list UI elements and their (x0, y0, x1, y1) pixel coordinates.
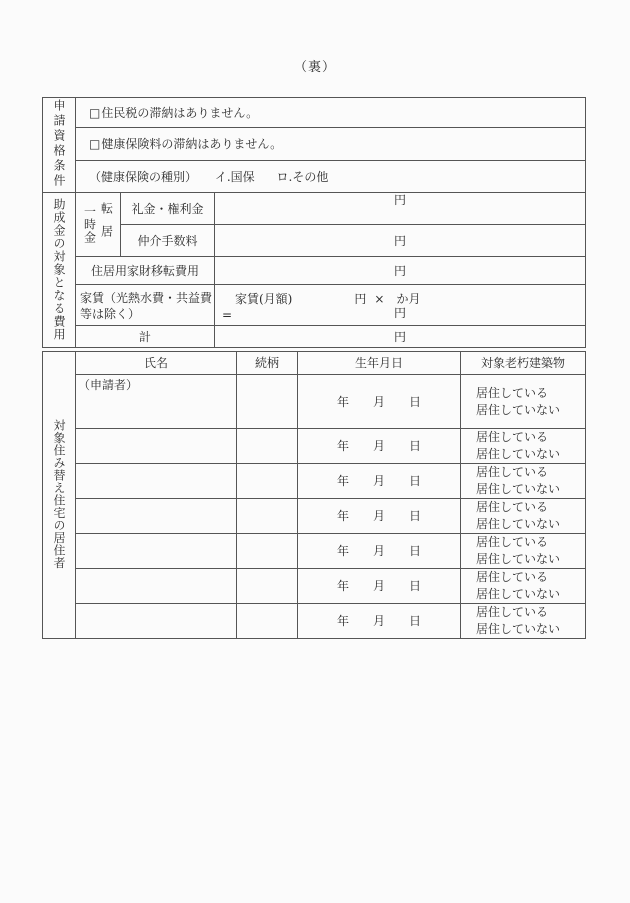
table-row: 計 円 (43, 326, 586, 348)
resident-row: 年 月 日 居住している 居住していない (43, 464, 586, 499)
resident-row: 年 月 日 居住している 居住していない (43, 534, 586, 569)
monthly-rent-label: 家賃(月額) (235, 293, 292, 305)
form-tables: 申請資格条件 □住民税の滞納はありません。 □健康保険料の滞納はありません。 （… (42, 97, 585, 639)
resident-row: 年 月 日 居住している 居住していない (43, 499, 586, 534)
resident-row-applicant: （申請者） 年 月 日 居住している 居住していない (43, 375, 586, 429)
rent-label-cell: 家賃（光熱水費・共益費 等は除く） (76, 285, 215, 326)
resident-birthdate-cell: 年 月 日 (298, 375, 461, 429)
residents-table: 対象住み替え住宅の居住者 氏名 続柄 生年月日 対象老朽建築物 （申請者） 年 … (42, 351, 586, 639)
key-money-value-cell: 円 (215, 193, 586, 225)
section-qualification-label-cell: 申請資格条件 (43, 98, 76, 193)
applicant-note: （申請者） (78, 378, 138, 392)
resident-building-cell: 居住している 居住していない (461, 534, 586, 569)
section-expenses-label: 助成金の対象となる費用 (53, 198, 65, 341)
resident-name-cell (76, 569, 237, 604)
total-value-cell: 円 (215, 326, 586, 348)
date-placeholder: 年 月 日 (337, 395, 421, 409)
residence-option-living: 居住している (476, 464, 585, 481)
resident-relationship-cell (237, 534, 298, 569)
total-label: 計 (76, 326, 215, 348)
resident-birthdate-cell: 年 月 日 (298, 569, 461, 604)
resident-name-cell (76, 464, 237, 499)
resident-name-cell: （申請者） (76, 375, 237, 429)
resident-relationship-cell (237, 464, 298, 499)
resident-tax-condition-label: 住民税の滞納はありません。 (101, 106, 258, 120)
resident-birthdate-cell: 年 月 日 (298, 534, 461, 569)
resident-birthdate-cell: 年 月 日 (298, 499, 461, 534)
multiplication-sign: × (374, 293, 384, 305)
health-insurance-condition-label: 健康保険料の滞納はありません。 (101, 137, 282, 151)
date-placeholder: 年 月 日 (337, 614, 421, 628)
yen-unit: 円 (394, 306, 406, 320)
residence-option-living: 居住している (476, 499, 585, 516)
insurance-option-other: ロ.その他 (277, 170, 329, 184)
section-qualification-label: 申請資格条件 (53, 99, 65, 189)
residence-option-not-living: 居住していない (476, 402, 585, 419)
table-row: □健康保険料の滞納はありません。 (43, 128, 586, 161)
resident-relationship-cell (237, 499, 298, 534)
relocation-lump-sum-label: 一時金 転居 (76, 202, 120, 248)
lump-sum-label-cell: 一時金 転居 (76, 193, 121, 257)
agent-fee-value-cell: 円 (215, 225, 586, 257)
resident-relationship-cell (237, 569, 298, 604)
health-insurance-condition-cell: □健康保険料の滞納はありません。 (76, 128, 586, 161)
checkbox-icon[interactable]: □ (89, 138, 100, 150)
residence-option-not-living: 居住していない (476, 551, 585, 568)
table-row: 申請資格条件 □住民税の滞納はありません。 (43, 98, 586, 128)
rent-calculation-line: 家賃(月額) 円 × か月 (215, 291, 585, 307)
residence-option-not-living: 居住していない (476, 446, 585, 463)
table-row: （健康保険の種別） イ.国保 ロ.その他 (43, 161, 586, 193)
date-placeholder: 年 月 日 (337, 579, 421, 593)
date-placeholder: 年 月 日 (337, 509, 421, 523)
qualification-and-expenses-table: 申請資格条件 □住民税の滞納はありません。 □健康保険料の滞納はありません。 （… (42, 97, 586, 348)
resident-building-cell: 居住している 居住していない (461, 464, 586, 499)
resident-relationship-cell (237, 604, 298, 639)
residence-option-not-living: 居住していない (476, 481, 585, 498)
residence-option-living: 居住している (476, 385, 585, 402)
section-expenses-label-cell: 助成金の対象となる費用 (43, 193, 76, 348)
resident-building-cell: 居住している 居住していない (461, 429, 586, 464)
resident-building-cell: 居住している 居住していない (461, 569, 586, 604)
resident-name-cell (76, 534, 237, 569)
header-birthdate: 生年月日 (298, 352, 461, 375)
resident-row: 年 月 日 居住している 居住していない (43, 569, 586, 604)
resident-relationship-cell (237, 429, 298, 464)
table-row: 住居用家財移転費用 円 (43, 257, 586, 285)
rent-result-line: = 円 (215, 307, 585, 323)
agent-fee-label: 仲介手数料 (121, 225, 215, 257)
resident-name-cell (76, 604, 237, 639)
header-relationship: 続柄 (237, 352, 298, 375)
lump-sum-left-column: 一時金 (84, 205, 96, 244)
residence-option-not-living: 居住していない (476, 586, 585, 603)
equals-sign: = (222, 309, 232, 321)
resident-birthdate-cell: 年 月 日 (298, 464, 461, 499)
resident-tax-condition-cell: □住民税の滞納はありません。 (76, 98, 586, 128)
resident-building-cell: 居住している 居住していない (461, 604, 586, 639)
resident-building-cell: 居住している 居住していない (461, 375, 586, 429)
resident-birthdate-cell: 年 月 日 (298, 604, 461, 639)
residence-option-living: 居住している (476, 534, 585, 551)
date-placeholder: 年 月 日 (337, 439, 421, 453)
resident-relationship-cell (237, 375, 298, 429)
rent-value-cell: 家賃(月額) 円 × か月 = 円 (215, 285, 586, 326)
residents-header-row: 対象住み替え住宅の居住者 氏名 続柄 生年月日 対象老朽建築物 (43, 352, 586, 375)
resident-name-cell (76, 429, 237, 464)
insurance-type-prefix: （健康保険の種別） (89, 170, 197, 184)
residence-option-living: 居住している (476, 569, 585, 586)
table-row: 仲介手数料 円 (43, 225, 586, 257)
section-residents-label-cell: 対象住み替え住宅の居住者 (43, 352, 76, 639)
residence-option-living: 居住している (476, 604, 585, 621)
lump-sum-right-column: 転居 (101, 202, 113, 248)
page-side-label: （裏） (0, 61, 630, 74)
insurance-type-cell: （健康保険の種別） イ.国保 ロ.その他 (76, 161, 586, 193)
checkbox-icon[interactable]: □ (89, 107, 100, 119)
date-placeholder: 年 月 日 (337, 474, 421, 488)
table-row: 助成金の対象となる費用 一時金 転居 礼金・権利金 円 (43, 193, 586, 225)
resident-row: 年 月 日 居住している 居住していない (43, 429, 586, 464)
date-placeholder: 年 月 日 (337, 544, 421, 558)
header-name: 氏名 (76, 352, 237, 375)
table-row: 家賃（光熱水費・共益費 等は除く） 家賃(月額) 円 × か月 = 円 (43, 285, 586, 326)
resident-birthdate-cell: 年 月 日 (298, 429, 461, 464)
section-residents-label: 対象住み替え住宅の居住者 (53, 419, 65, 569)
header-building: 対象老朽建築物 (461, 352, 586, 375)
yen-unit: 円 (354, 293, 366, 305)
residence-option-not-living: 居住していない (476, 516, 585, 533)
months-suffix: か月 (396, 293, 420, 305)
residence-option-living: 居住している (476, 429, 585, 446)
resident-row: 年 月 日 居住している 居住していない (43, 604, 586, 639)
key-money-label: 礼金・権利金 (121, 193, 215, 225)
furniture-moving-value-cell: 円 (215, 257, 586, 285)
resident-name-cell (76, 499, 237, 534)
resident-building-cell: 居住している 居住していない (461, 499, 586, 534)
rent-label-line1: 家賃（光熱水費・共益費 (80, 290, 212, 306)
form-page-back: （裏） 申請資格条件 □住民税の滞納はありません。 □健康保険料の滞納はあ (0, 0, 630, 903)
furniture-moving-label: 住居用家財移転費用 (76, 257, 215, 285)
residence-option-not-living: 居住していない (476, 621, 585, 638)
insurance-option-kokuho: イ.国保 (215, 170, 255, 184)
rent-label-line2: 等は除く） (80, 306, 212, 322)
